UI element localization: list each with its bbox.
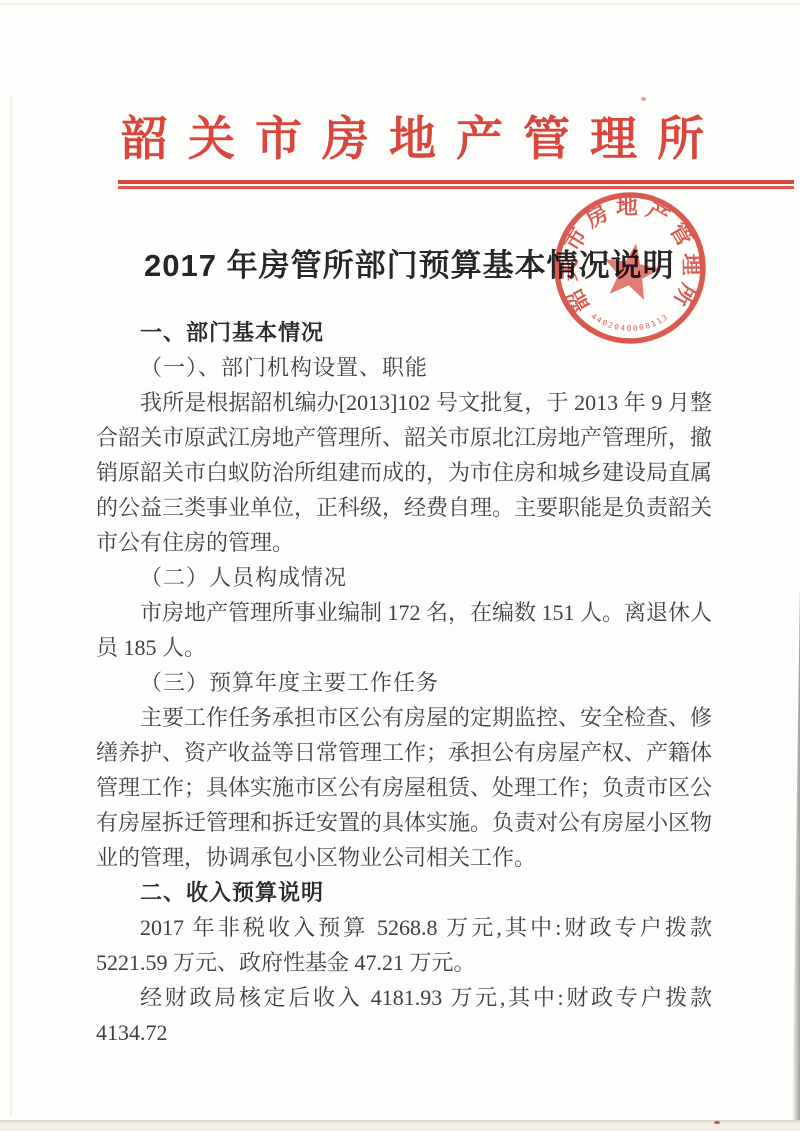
letterhead-title: 韶关市房地产管理所 [121,112,724,166]
scan-edge-bottom [0,1120,800,1131]
scan-edge-right [792,585,800,1131]
paragraph-body: 我所是根据韶机编办[2013]102 号文批复，于 2013 年 9 月整合韶关… [96,385,712,560]
paragraph-subheading: （三）预算年度主要工作任务 [96,665,712,700]
paragraph-heading: 二、收入预算说明 [96,875,712,910]
paragraph-body: 市房地产管理所事业编制 172 名，在编数 151 人。离退休人员 185 人。 [96,595,712,665]
letterhead-divider [118,180,794,189]
scan-edge-left [10,95,12,1115]
paragraph-subheading: （一）、部门机构设置、职能 [96,350,712,385]
paragraph-body: 2017 年非税收入预算 5268.8 万元,其中:财政专户拨款 5221.59… [96,910,712,980]
seal-star-icon [599,239,665,302]
scan-speck [714,1121,720,1124]
scanned-document-page: 韶关市房地产管理所 2017 年房管所部门预算基本情况说明 一、部门基本情况（一… [0,0,800,1131]
official-seal-stamp: 韶关市房地产管理所 4402040008113 [553,191,707,345]
scan-edge-top [0,3,800,5]
seal-graphic: 韶关市房地产管理所 4402040008113 [553,191,707,345]
paragraph-body: 主要工作任务承担市区公有房屋的定期监控、安全检查、修缮养护、资产收益等日常管理工… [96,700,712,875]
scan-speck [641,97,646,101]
paragraph-body: 经财政局核定后收入 4181.93 万元,其中:财政专户拨款 4134.72 [96,980,712,1050]
paragraph-subheading: （二）人员构成情况 [96,560,712,595]
document-body: 一、部门基本情况（一）、部门机构设置、职能我所是根据韶机编办[2013]102 … [96,315,712,1050]
seal-code-text: 4402040008113 [589,312,670,333]
